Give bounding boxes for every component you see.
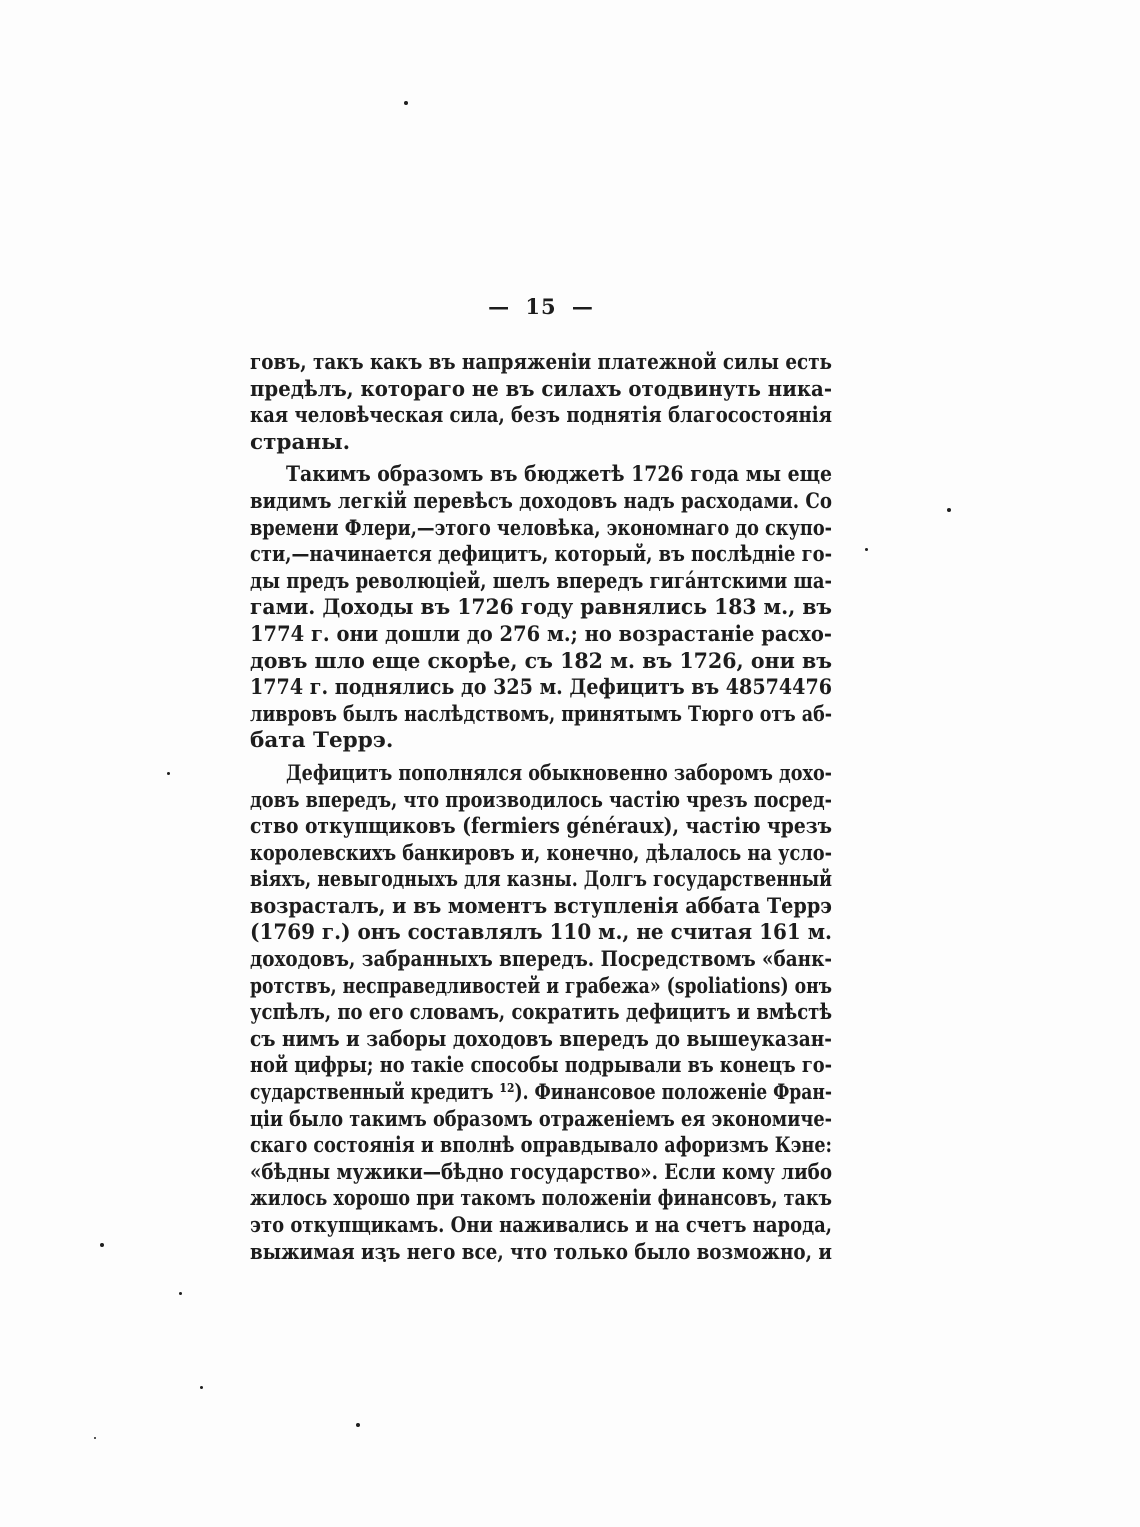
text-line: возрасталъ, и въ моментъ вступленія абба… <box>250 894 832 921</box>
text-line: довъ шло еще скорѣе, съ 182 м. въ 1726, … <box>250 649 832 676</box>
text-line: ливровъ былъ наслѣдствомъ, принятымъ Тюр… <box>250 702 832 729</box>
text-line-content: видимъ легкій перевѣсъ доходовъ надъ рас… <box>250 489 832 516</box>
text-line-content: ной цифры; но такіе способы подрывали въ… <box>250 1053 832 1080</box>
text-line: доходовъ, забранныхъ впередъ. Посредство… <box>250 947 832 974</box>
scan-speck <box>865 548 868 551</box>
text-line: «бѣдны мужики—бѣдно государство». Если к… <box>250 1160 832 1187</box>
text-line: скаго состоянія и вполнѣ оправдывало афо… <box>250 1133 832 1160</box>
text-line-content: Дефицитъ пополнялся обыкновенно заборомъ… <box>286 761 832 788</box>
scan-speck <box>383 1259 386 1262</box>
text-line: это откупщикамъ. Они наживались и на сче… <box>250 1213 832 1240</box>
text-line-content: сти,—начинается дефицитъ, который, въ по… <box>250 542 832 569</box>
paragraph: Дефицитъ пополнялся обыкновенно заборомъ… <box>250 761 832 1266</box>
text-line-content: жилось хорошо при такомъ положеніи финан… <box>250 1186 832 1213</box>
text-line: ды предъ революціей, шелъ впередъ гига́н… <box>250 569 832 596</box>
text-line-content: предѣлъ, котораго не въ силахъ отодвинут… <box>250 377 832 404</box>
text-line: ротствъ, несправедливостей и грабежа» (s… <box>250 974 832 1001</box>
text-line-content: довъ шло еще скорѣе, съ 182 м. въ 1726, … <box>250 649 832 676</box>
text-line-content: ды предъ революціей, шелъ впередъ гига́н… <box>250 569 832 596</box>
text-line: страны. <box>250 430 832 457</box>
scan-speck <box>179 1292 182 1295</box>
text-line: съ нимъ и заборы доходовъ впередъ до выш… <box>250 1027 832 1054</box>
text-line: віяхъ, невыгодныхъ для казны. Долгъ госу… <box>250 867 832 894</box>
text-line: сударственный кредитъ ¹²). Финансовое по… <box>250 1080 832 1107</box>
text-line-content: говъ, такъ какъ въ напряженіи платежной … <box>250 350 832 377</box>
text-line: ство откупщиковъ (fermiers généraux), ча… <box>250 814 832 841</box>
text-line-content: Такимъ образомъ въ бюджетѣ 1726 года мы … <box>286 462 832 489</box>
text-line-content: страны. <box>250 430 350 457</box>
text-line-content: возрасталъ, и въ моментъ вступленія абба… <box>250 894 832 921</box>
text-line-content: съ нимъ и заборы доходовъ впередъ до выш… <box>250 1027 832 1054</box>
text-line-content: успѣлъ, по его словамъ, сократить дефици… <box>250 1000 832 1027</box>
text-line: 1774 г. поднялись до 325 м. Дефицитъ въ … <box>250 675 832 702</box>
scan-speck <box>100 1243 104 1247</box>
text-line-content: ливровъ былъ наслѣдствомъ, принятымъ Тюр… <box>250 702 832 729</box>
text-line: ной цифры; но такіе способы подрывали въ… <box>250 1053 832 1080</box>
scan-speck <box>167 772 170 775</box>
text-line-content: королевскихъ банкировъ и, конечно, дѣлал… <box>250 841 832 868</box>
text-line-content: это откупщикамъ. Они наживались и на сче… <box>250 1213 832 1240</box>
text-line-content: (1769 г.) онъ составлялъ 110 м., не счит… <box>250 920 832 947</box>
scan-speck <box>94 1437 96 1439</box>
page-number: — 15 — <box>250 294 832 319</box>
text-line-content: выжимая изъ него все, что только было во… <box>250 1240 832 1267</box>
text-block: говъ, такъ какъ въ напряженіи платежной … <box>250 350 832 1266</box>
text-line: жилось хорошо при такомъ положеніи финан… <box>250 1186 832 1213</box>
text-line: сти,—начинается дефицитъ, который, въ по… <box>250 542 832 569</box>
text-line-content: ротствъ, несправедливостей и грабежа» (s… <box>250 974 832 1001</box>
text-line-content: ціи было такимъ образомъ отраженіемъ ея … <box>250 1107 832 1134</box>
text-line: ціи было такимъ образомъ отраженіемъ ея … <box>250 1107 832 1134</box>
text-line-content: бата Террэ. <box>250 728 393 755</box>
text-line-content: гами. Доходы въ 1726 году равнялись 183 … <box>250 595 832 622</box>
text-line-content: времени Флери,—этого человѣка, экономнаг… <box>250 516 832 543</box>
text-line: Дефицитъ пополнялся обыкновенно заборомъ… <box>250 761 832 788</box>
scan-speck <box>404 101 408 105</box>
book-page: — 15 — говъ, такъ какъ въ напряженіи пла… <box>0 0 1140 1527</box>
text-line-content: 1774 г. поднялись до 325 м. Дефицитъ въ … <box>250 675 832 702</box>
text-line-content: «бѣдны мужики—бѣдно государство». Если к… <box>250 1160 832 1187</box>
text-line-content: доходовъ, забранныхъ впередъ. Посредство… <box>250 947 832 974</box>
text-line: довъ впередъ, что производилось частію ч… <box>250 788 832 815</box>
text-line: говъ, такъ какъ въ напряженіи платежной … <box>250 350 832 377</box>
text-line: выжимая изъ него все, что только было во… <box>250 1240 832 1267</box>
text-line: 1774 г. они дошли до 276 м.; но возраста… <box>250 622 832 649</box>
text-line: гами. Доходы въ 1726 году равнялись 183 … <box>250 595 832 622</box>
scan-speck <box>356 1423 360 1427</box>
text-line: предѣлъ, котораго не въ силахъ отодвинут… <box>250 377 832 404</box>
text-line-content: кая человѣческая сила, безъ поднятія бла… <box>250 403 832 430</box>
text-line-content: віяхъ, невыгодныхъ для казны. Долгъ госу… <box>250 867 832 894</box>
text-line: (1769 г.) онъ составлялъ 110 м., не счит… <box>250 920 832 947</box>
scan-speck <box>947 508 951 512</box>
text-line: Такимъ образомъ въ бюджетѣ 1726 года мы … <box>250 462 832 489</box>
text-line-content: ство откупщиковъ (fermiers généraux), ча… <box>250 814 832 841</box>
text-line: бата Террэ. <box>250 728 832 755</box>
paragraph: говъ, такъ какъ въ напряженіи платежной … <box>250 350 832 456</box>
text-line-content: довъ впередъ, что производилось частію ч… <box>250 788 832 815</box>
text-line-content: сударственный кредитъ ¹²). Финансовое по… <box>250 1080 832 1107</box>
text-line: времени Флери,—этого человѣка, экономнаг… <box>250 516 832 543</box>
scan-speck <box>200 1386 203 1389</box>
text-line: видимъ легкій перевѣсъ доходовъ надъ рас… <box>250 489 832 516</box>
text-line-content: скаго состоянія и вполнѣ оправдывало афо… <box>250 1133 832 1160</box>
text-line: королевскихъ банкировъ и, конечно, дѣлал… <box>250 841 832 868</box>
text-line: кая человѣческая сила, безъ поднятія бла… <box>250 403 832 430</box>
text-line: успѣлъ, по его словамъ, сократить дефици… <box>250 1000 832 1027</box>
paragraph: Такимъ образомъ въ бюджетѣ 1726 года мы … <box>250 462 832 755</box>
text-line-content: 1774 г. они дошли до 276 м.; но возраста… <box>250 622 832 649</box>
